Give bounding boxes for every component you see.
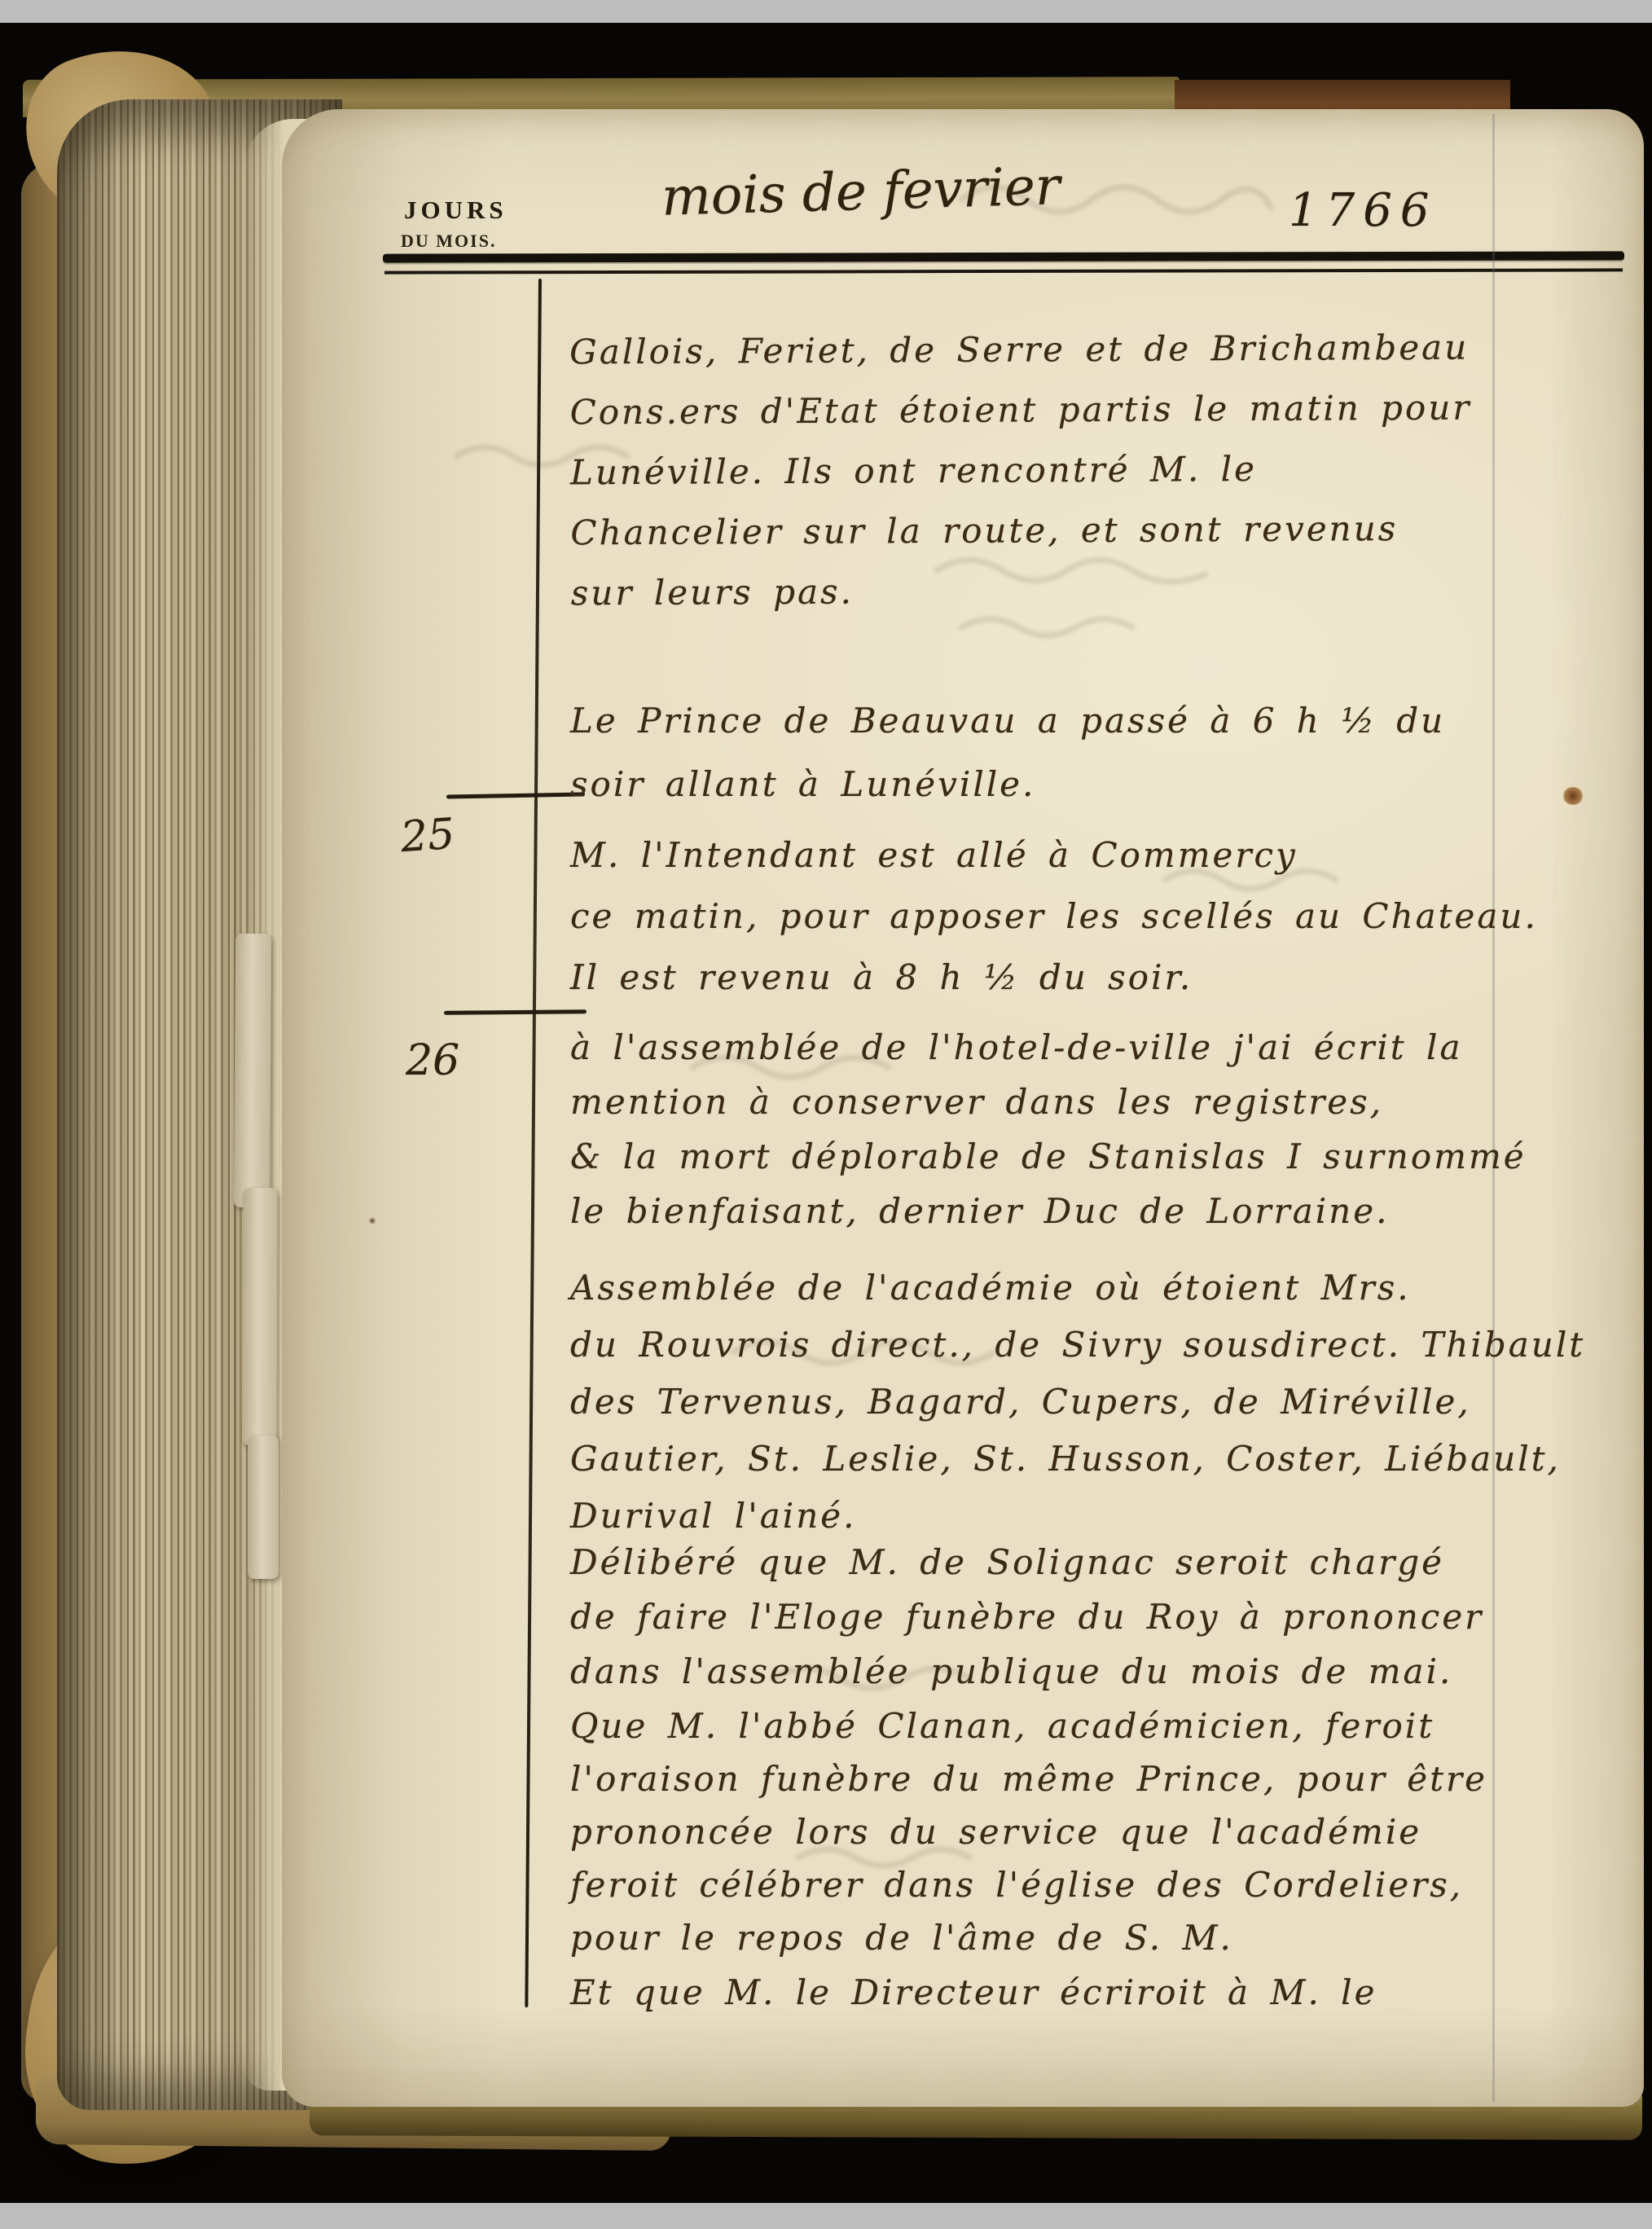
journal-entry-paragraph: Assemblée de l'académie où étoient Mrs. … bbox=[570, 1260, 1629, 1545]
journal-entry-paragraph: Que M. l'abbé Clanan, académicien, feroi… bbox=[570, 1699, 1629, 1964]
ink-spot bbox=[1562, 787, 1584, 805]
journal-entry-paragraph: Et que M. le Directeur écriroit à M. le bbox=[570, 1968, 1629, 2017]
journal-entry-paragraph: Gallois, Feriet, de Serre et de Brichamb… bbox=[569, 317, 1630, 624]
protruding-page-tab bbox=[234, 934, 271, 1207]
protruding-page-tab bbox=[242, 1188, 277, 1445]
scanner-band-bottom bbox=[0, 2203, 1652, 2229]
margin-day-number: 26 bbox=[406, 1036, 459, 1085]
printed-column-header-line1: JOURS bbox=[404, 196, 507, 225]
journal-entry-paragraph-day-25: M. l'Intendant est allé à Commercy ce ma… bbox=[570, 824, 1629, 1008]
margin-day-number: 25 bbox=[399, 810, 456, 862]
journal-entry-paragraph: Le Prince de Beauvau a passé à 6 h ½ du … bbox=[570, 689, 1629, 816]
printed-column-header-line2: DU MOIS. bbox=[401, 231, 496, 252]
ink-spot bbox=[368, 1217, 376, 1224]
scanner-band-top bbox=[0, 0, 1652, 23]
scanned-manuscript: { "document": { "type": "manuscript jour… bbox=[0, 0, 1652, 2229]
journal-entry-paragraph: Délibéré que M. de Solignac seroit charg… bbox=[570, 1535, 1629, 1699]
handwritten-year: 1766 bbox=[1289, 184, 1438, 237]
journal-entry-paragraph-day-26: à l'assemblée de l'hotel-de-ville j'ai é… bbox=[570, 1020, 1629, 1238]
protruding-page-tab bbox=[248, 1435, 279, 1579]
handwritten-month-title: mois de fevrier bbox=[661, 155, 1118, 228]
